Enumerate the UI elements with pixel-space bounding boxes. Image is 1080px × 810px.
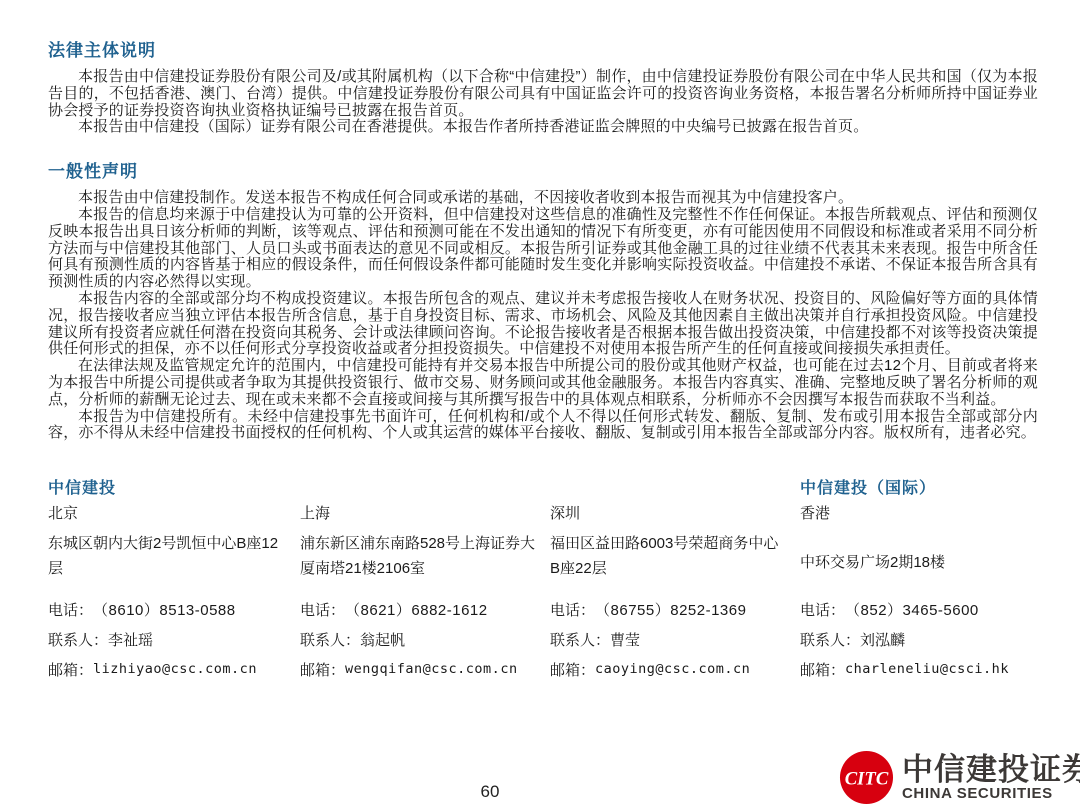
legal-paragraph: 本报告由中信建投证券股份有限公司及/或其附属机构（以下合称“中信建投”）制作，由… — [48, 69, 1038, 119]
office-person-row: 联系人： 翁起帆 — [300, 624, 550, 654]
phone-label: 电话： — [48, 599, 93, 620]
emblem-letters: CITC — [845, 768, 889, 789]
person-label: 联系人： — [800, 629, 860, 650]
office-phone-row: 电话： （852）3465-5600 — [800, 594, 1038, 624]
office-column-beijing: 中信建投 北京 东城区朝内大街2号凯恒中心B座12层 电话： （8610）851… — [48, 475, 300, 684]
contact-grid: 中信建投 北京 东城区朝内大街2号凯恒中心B座12层 电话： （8610）851… — [48, 475, 1038, 684]
person-label: 联系人： — [300, 629, 360, 650]
office-address: 浦东新区浦东南路528号上海证券大厦南塔21楼2106室 — [300, 531, 550, 594]
email-value: wengqifan@csc.com.cn — [345, 661, 518, 677]
phone-value: （852）3465-5600 — [845, 599, 979, 620]
person-value: 刘泓麟 — [860, 629, 905, 650]
office-head-spacer — [300, 475, 550, 502]
office-address: 中环交易广场2期18楼 — [800, 531, 1038, 594]
phone-label: 电话： — [300, 599, 345, 620]
person-value: 曹莹 — [610, 629, 640, 650]
general-statement-heading: 一般性声明 — [48, 157, 1038, 182]
csc-emblem-icon: CITC — [839, 750, 894, 805]
phone-label: 电话： — [550, 599, 595, 620]
office-city: 深圳 — [550, 502, 800, 531]
email-value: charleneliu@csci.hk — [845, 661, 1009, 677]
phone-label: 电话： — [800, 599, 845, 620]
legal-entity-heading: 法律主体说明 — [48, 36, 1038, 61]
phone-value: （86755）8252-1369 — [595, 599, 746, 620]
office-column-shanghai: 上海 浦东新区浦东南路528号上海证券大厦南塔21楼2106室 电话： （862… — [300, 475, 550, 684]
phone-value: （8621）6882-1612 — [345, 599, 488, 620]
email-label: 邮箱： — [48, 659, 93, 680]
office-address: 福田区益田路6003号荣超商务中心B座22层 — [550, 531, 800, 594]
office-person-row: 联系人： 曹莹 — [550, 624, 800, 654]
statement-paragraph: 本报告内容的全部或部分均不构成投资建议。本报告所包含的观点、建议并未考虑报告接收… — [48, 291, 1038, 358]
person-label: 联系人： — [48, 629, 108, 650]
office-column-hongkong: 中信建投（国际） 香港 中环交易广场2期18楼 电话： （852）3465-56… — [800, 475, 1038, 684]
page-number: 60 — [0, 782, 980, 802]
email-label: 邮箱： — [550, 659, 595, 680]
logo-en-name: CHINA SECURITIES — [902, 786, 1080, 801]
office-email-row: 邮箱： caoying@csc.com.cn — [550, 654, 800, 684]
legal-paragraph: 本报告由中信建投（国际）证券有限公司在香港提供。本报告作者所持香港证监会牌照的中… — [48, 119, 1038, 136]
office-city: 北京 — [48, 502, 300, 531]
email-value: caoying@csc.com.cn — [595, 661, 750, 677]
office-email-row: 邮箱： lizhiyao@csc.com.cn — [48, 654, 300, 684]
office-address: 东城区朝内大街2号凯恒中心B座12层 — [48, 531, 300, 594]
phone-value: （8610）8513-0588 — [93, 599, 236, 620]
email-value: lizhiyao@csc.com.cn — [93, 661, 257, 677]
logo-text: 中信建投证券 CHINA SECURITIES — [902, 754, 1080, 801]
office-phone-row: 电话： （8610）8513-0588 — [48, 594, 300, 624]
statement-paragraph: 本报告为中信建投所有。未经中信建投事先书面许可，任何机构和/或个人不得以任何形式… — [48, 409, 1038, 443]
domestic-entity-heading: 中信建投 — [48, 475, 300, 502]
office-head-spacer — [550, 475, 800, 502]
office-person-row: 联系人： 刘泓麟 — [800, 624, 1038, 654]
office-email-row: 邮箱： wengqifan@csc.com.cn — [300, 654, 550, 684]
section-legal-entity: 法律主体说明 本报告由中信建投证券股份有限公司及/或其附属机构（以下合称“中信建… — [48, 36, 1038, 136]
company-logo: CITC 中信建投证券 CHINA SECURITIES — [839, 750, 1080, 805]
logo-zh-name: 中信建投证券 — [902, 754, 1080, 786]
office-city: 香港 — [800, 502, 1038, 531]
office-phone-row: 电话： （8621）6882-1612 — [300, 594, 550, 624]
email-label: 邮箱： — [800, 659, 845, 680]
person-value: 翁起帆 — [360, 629, 405, 650]
office-city: 上海 — [300, 502, 550, 531]
office-person-row: 联系人： 李祉瑶 — [48, 624, 300, 654]
page-content: 法律主体说明 本报告由中信建投证券股份有限公司及/或其附属机构（以下合称“中信建… — [0, 0, 1080, 684]
statement-paragraph: 本报告的信息均来源于中信建投认为可靠的公开资料，但中信建投对这些信息的准确性及完… — [48, 207, 1038, 291]
person-value: 李祉瑶 — [108, 629, 153, 650]
office-email-row: 邮箱： charleneliu@csci.hk — [800, 654, 1038, 684]
section-general-statement: 一般性声明 本报告由中信建投制作。发送本报告不构成任何合同或承诺的基础，不因接收… — [48, 157, 1038, 442]
statement-paragraph: 本报告由中信建投制作。发送本报告不构成任何合同或承诺的基础，不因接收者收到本报告… — [48, 190, 1038, 207]
office-phone-row: 电话： （86755）8252-1369 — [550, 594, 800, 624]
document-page: 法律主体说明 本报告由中信建投证券股份有限公司及/或其附属机构（以下合称“中信建… — [0, 0, 1080, 810]
office-column-shenzhen: 深圳 福田区益田路6003号荣超商务中心B座22层 电话： （86755）825… — [550, 475, 800, 684]
statement-paragraph: 在法律法规及监管规定允许的范围内，中信建投可能持有并交易本报告中所提公司的股份或… — [48, 358, 1038, 408]
international-entity-heading: 中信建投（国际） — [800, 475, 1038, 502]
email-label: 邮箱： — [300, 659, 345, 680]
person-label: 联系人： — [550, 629, 610, 650]
